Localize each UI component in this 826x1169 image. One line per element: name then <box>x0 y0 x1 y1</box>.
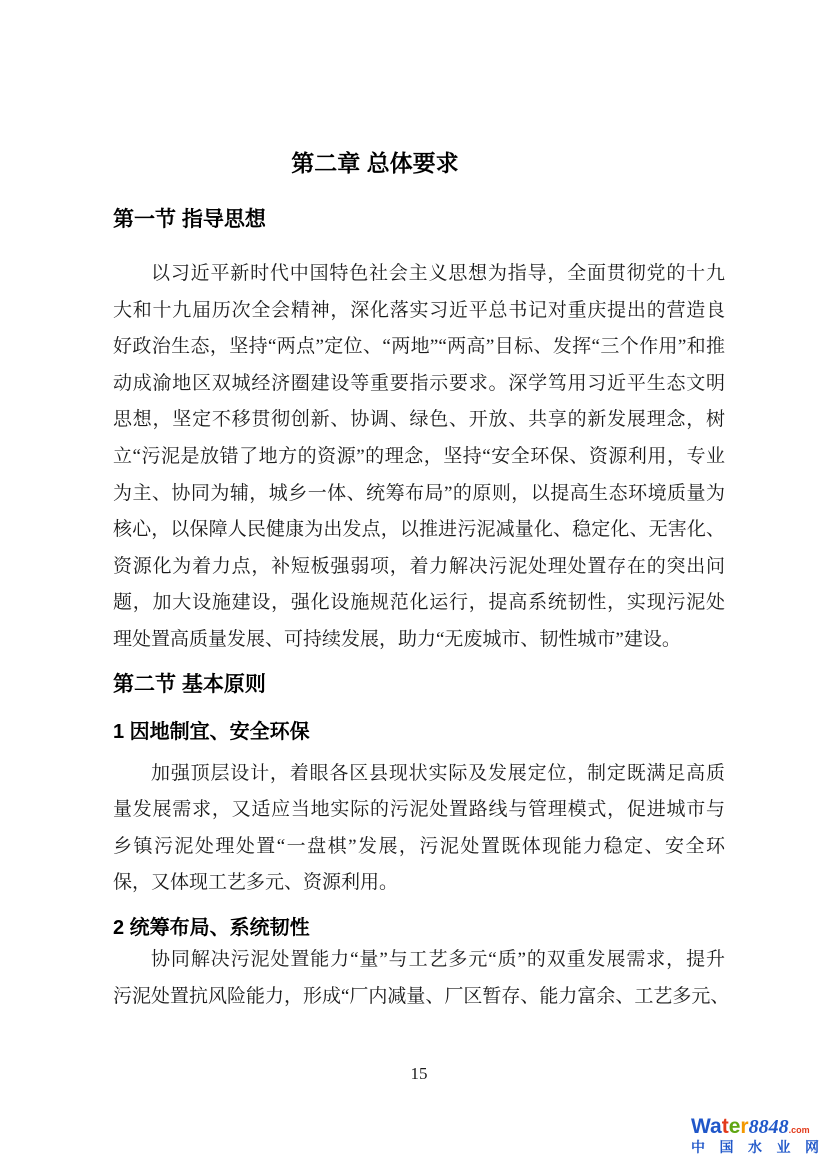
brand-letter: t <box>722 1115 729 1138</box>
paragraph-principle-2: 协同解决污泥处置能力“量”与工艺多元“质”的双重发展需求，提升污泥处置抗风险能力… <box>113 942 725 1015</box>
text-line: 动成渝地区双城经济圈建设等重要指示要求。深学笃用习近平生态文明 <box>113 366 725 403</box>
brand-letter: a <box>710 1115 722 1138</box>
paragraph-guiding-ideology: 以习近平新时代中国特色社会主义思想为指导，全面贯彻党的十九大和十九届历次全会精神… <box>113 256 725 659</box>
watermark-logo: Water8848.com 中国水业网 <box>691 1116 819 1154</box>
text-line: 理处置高质量发展、可持续发展，助力“无废城市、韧性城市”建设。 <box>113 622 725 659</box>
section-heading-2: 第二节 基本原则 <box>113 671 725 699</box>
text-line: 以习近平新时代中国特色社会主义思想为指导，全面贯彻党的十九 <box>113 256 725 293</box>
brand-letter: e <box>729 1115 741 1138</box>
watermark-brand-number: 8848 <box>749 1116 789 1138</box>
text-line: 好政治生态，坚持“两点”定位、“两地”“两高”目标、发挥“三个作用”和推 <box>113 329 725 366</box>
watermark-subtitle: 中国水业网 <box>691 1140 819 1154</box>
text-line: 加强顶层设计，着眼各区县现状实际及发展定位，制定既满足高质 <box>113 756 725 793</box>
paragraph-principle-1: 加强顶层设计，着眼各区县现状实际及发展定位，制定既满足高质量发展需求，又适应当地… <box>113 756 725 902</box>
section-heading-1: 第一节 指导思想 <box>113 206 725 234</box>
subsection-heading-2: 2 统筹布局、系统韧性 <box>113 914 725 942</box>
watermark-brand-word: Water <box>691 1115 749 1138</box>
text-line: 污泥处置抗风险能力，形成“厂内减量、厂区暂存、能力富余、工艺多元、 <box>113 979 725 1016</box>
text-line: 保，又体现工艺多元、资源利用。 <box>113 865 725 902</box>
text-line: 乡镇污泥处理处置“一盘棋”发展，污泥处置既体现能力稳定、安全环 <box>113 829 725 866</box>
document-page: 第二章 总体要求 第一节 指导思想 以习近平新时代中国特色社会主义思想为指导，全… <box>0 0 826 1169</box>
text-line: 立“污泥是放错了地方的资源”的理念，坚持“安全环保、资源利用，专业 <box>113 439 725 476</box>
text-block: 第二章 总体要求 第一节 指导思想 以习近平新时代中国特色社会主义思想为指导，全… <box>113 0 725 1015</box>
watermark-brand-suffix: .com <box>789 1125 810 1135</box>
subsection-heading-1: 1 因地制宜、安全环保 <box>113 718 725 746</box>
text-line: 题，加大设施建设，强化设施规范化运行，提高系统韧性，实现污泥处 <box>113 585 725 622</box>
watermark-brand-line: Water8848.com <box>691 1116 819 1137</box>
text-line: 大和十九届历次全会精神，深化落实习近平总书记对重庆提出的营造良 <box>113 293 725 330</box>
text-line: 量发展需求，又适应当地实际的污泥处置路线与管理模式，促进城市与 <box>113 792 725 829</box>
chapter-title: 第二章 总体要求 <box>69 146 681 180</box>
text-line: 协同解决污泥处置能力“量”与工艺多元“质”的双重发展需求，提升 <box>113 942 725 979</box>
text-line: 核心，以保障人民健康为出发点，以推进污泥减量化、稳定化、无害化、 <box>113 512 725 549</box>
brand-letter: r <box>740 1115 748 1138</box>
text-line: 资源化为着力点，补短板强弱项，着力解决污泥处理处置存在的突出问 <box>113 549 725 586</box>
page-number: 15 <box>113 1064 725 1084</box>
brand-letter: W <box>691 1115 710 1138</box>
text-line: 为主、协同为辅，城乡一体、统筹布局”的原则，以提高生态环境质量为 <box>113 476 725 513</box>
text-line: 思想，坚定不移贯彻创新、协调、绿色、开放、共享的新发展理念，树 <box>113 402 725 439</box>
